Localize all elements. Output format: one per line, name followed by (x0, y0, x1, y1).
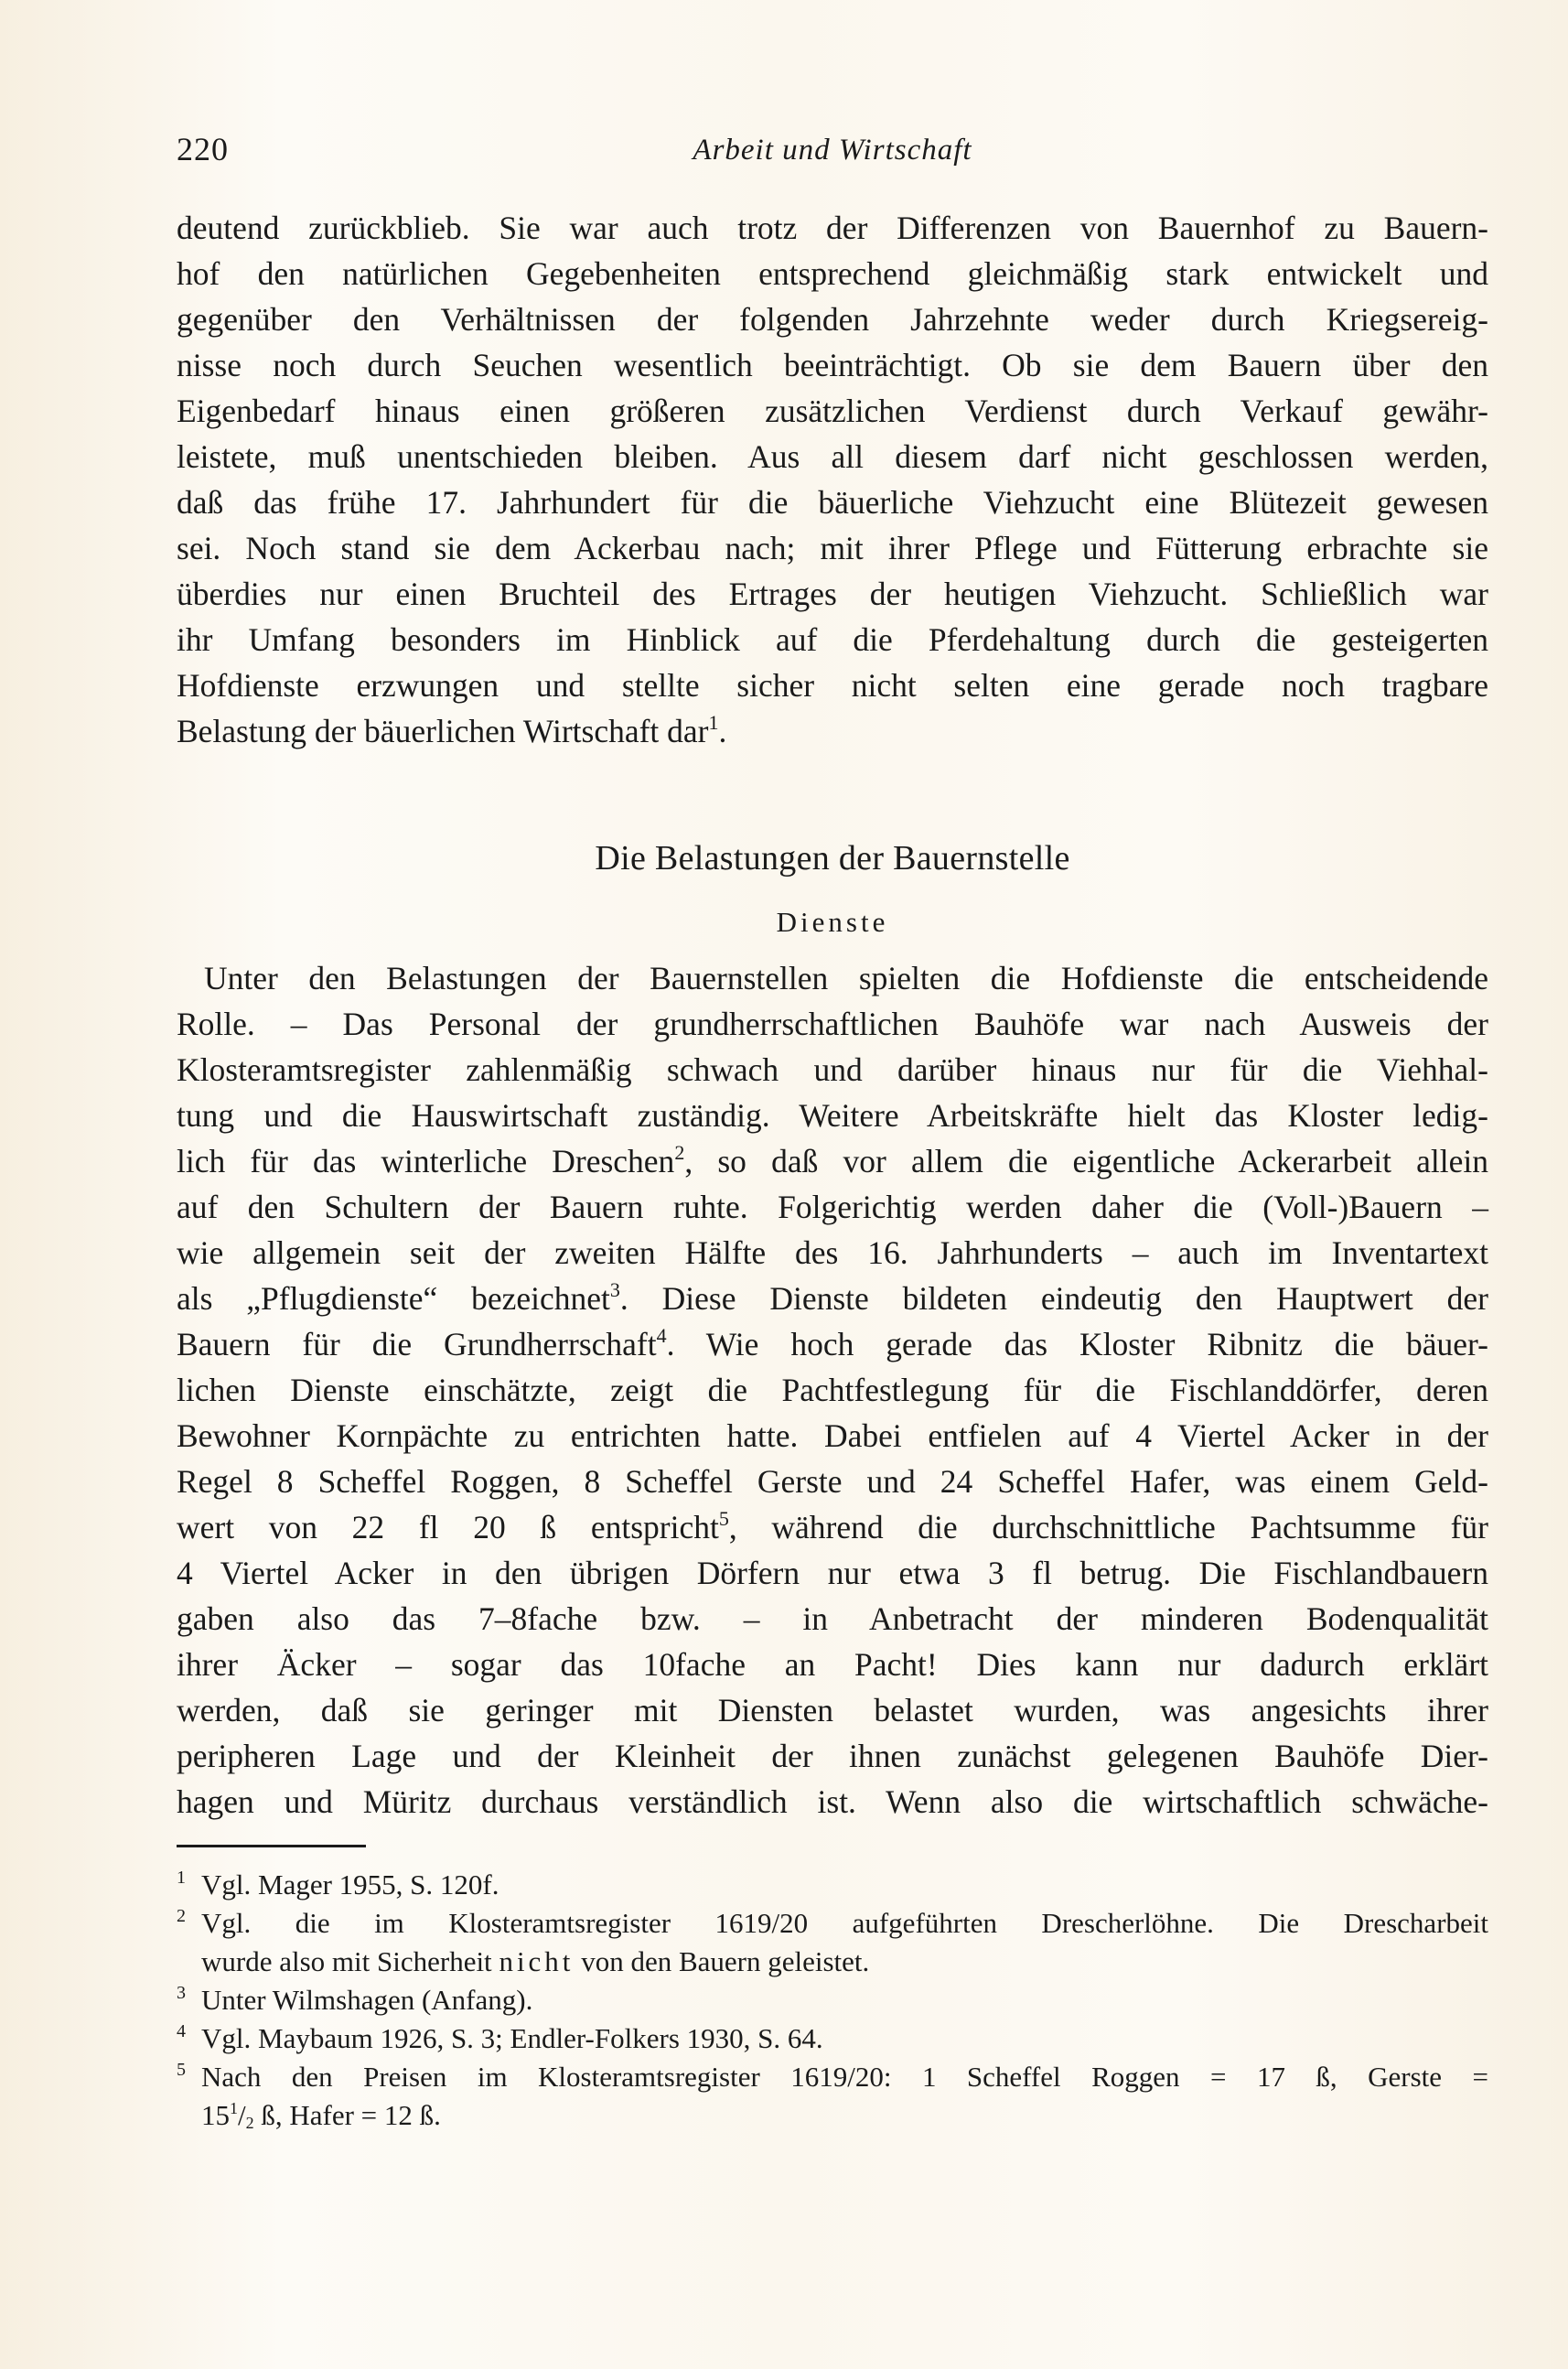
footnote-mark: 3 (177, 1974, 186, 2012)
footnote-1: 1 Vgl. Mager 1955, S. 120f. (177, 1866, 1488, 1904)
section-heading: Die Belastungen der Bauernstelle (177, 838, 1488, 878)
text-line: überdies nur einen Bruchteil des Ertrage… (177, 571, 1488, 617)
text-line: ihr Umfang besonders im Hinblick auf die… (177, 617, 1488, 662)
text-line: lich für das winterliche Dreschen2, so d… (177, 1138, 1488, 1184)
text-line: Regel 8 Scheffel Roggen, 8 Scheffel Gers… (177, 1459, 1488, 1504)
subsection-heading: Dienste (177, 906, 1488, 939)
emphasis-spaced: nicht (499, 1945, 574, 1977)
footnote-mark: 2 (177, 1897, 186, 1935)
text-line: daß das frühe 17. Jahrhundert für die bä… (177, 479, 1488, 525)
footnote-mark: 5 (177, 2051, 186, 2089)
paragraph-services: Unter den Belastungen der Bauernstellen … (177, 955, 1488, 1825)
paragraph-livestock: deutend zurückblieb. Sie war auch trotz … (177, 205, 1488, 754)
footnote-mark: 4 (177, 2012, 186, 2051)
text-line: peripheren Lage und der Kleinheit der ih… (177, 1733, 1488, 1779)
text-line: wie allgemein seit der zweiten Hälfte de… (177, 1230, 1488, 1276)
running-title: Arbeit und Wirtschaft (177, 134, 1488, 167)
text-line: Bewohner Kornpächte zu entrichten hatte.… (177, 1413, 1488, 1459)
text-line: leistete, muß unentschieden bleiben. Aus… (177, 434, 1488, 479)
footnote-4: 4 Vgl. Maybaum 1926, S. 3; Endler-Folker… (177, 2019, 1488, 2058)
text-line: als „Pflugdienste“ bezeichnet3. Diese Di… (177, 1276, 1488, 1321)
text-line: lichen Dienste einschätzte, zeigt die Pa… (177, 1367, 1488, 1413)
text-line: Klosteramtsregister zahlenmäßig schwach … (177, 1047, 1488, 1093)
text-line: Bauern für die Grundherrschaft4. Wie hoc… (177, 1321, 1488, 1367)
footnote-5: 5 Nach den Preisen im Klosteramtsregiste… (177, 2058, 1488, 2135)
text-line: auf den Schultern der Bauern ruhte. Folg… (177, 1184, 1488, 1230)
text-line: sei. Noch stand sie dem Ackerbau nach; m… (177, 525, 1488, 571)
text-line: 4 Viertel Acker in den übrigen Dörfern n… (177, 1550, 1488, 1596)
book-page: 220 Arbeit und Wirtschaft deutend zurück… (177, 130, 1488, 2135)
text-line: hagen und Müritz durchaus verständlich i… (177, 1779, 1488, 1825)
footnote-ref-2[interactable]: 2 (674, 1141, 684, 1164)
text-line: Rolle. – Das Personal der grundherrschaf… (177, 1001, 1488, 1047)
text-line: gegenüber den Verhältnissen der folgende… (177, 296, 1488, 342)
footnote-2: 2 Vgl. die im Klosteramtsregister 1619/2… (177, 1904, 1488, 1981)
running-head: 220 Arbeit und Wirtschaft (177, 130, 1488, 185)
footnote-divider (177, 1845, 366, 1847)
footnote-ref-5[interactable]: 5 (719, 1507, 729, 1530)
text-line: hof den natürlichen Gegebenheiten entspr… (177, 251, 1488, 296)
text-line: Belastung der bäuerlichen Wirtschaft dar… (177, 708, 1488, 754)
text-line: werden, daß sie geringer mit Diensten be… (177, 1687, 1488, 1733)
footnote-ref-3[interactable]: 3 (610, 1278, 620, 1301)
text-line: tung und die Hauswirtschaft zuständig. W… (177, 1093, 1488, 1138)
text-line: Hofdienste erzwungen und stellte sicher … (177, 662, 1488, 708)
footnotes: 1 Vgl. Mager 1955, S. 120f. 2 Vgl. die i… (177, 1866, 1488, 2135)
footnote-ref-4[interactable]: 4 (657, 1324, 667, 1347)
text-line: ihrer Äcker – sogar das 10fache an Pacht… (177, 1642, 1488, 1687)
text-line: Eigenbedarf hinaus einen größeren zusätz… (177, 388, 1488, 434)
text-line: deutend zurückblieb. Sie war auch trotz … (177, 205, 1488, 251)
text-line: gaben also das 7–8fache bzw. – in Anbetr… (177, 1596, 1488, 1642)
footnote-3: 3 Unter Wilmshagen (Anfang). (177, 1981, 1488, 2019)
text-line: Unter den Belastungen der Bauernstellen … (177, 955, 1488, 1001)
footnote-ref-1[interactable]: 1 (708, 711, 718, 734)
text-line: wert von 22 fl 20 ß entspricht5, während… (177, 1504, 1488, 1550)
text-line: nisse noch durch Seuchen wesentlich beei… (177, 342, 1488, 388)
footnote-mark: 1 (177, 1858, 186, 1897)
